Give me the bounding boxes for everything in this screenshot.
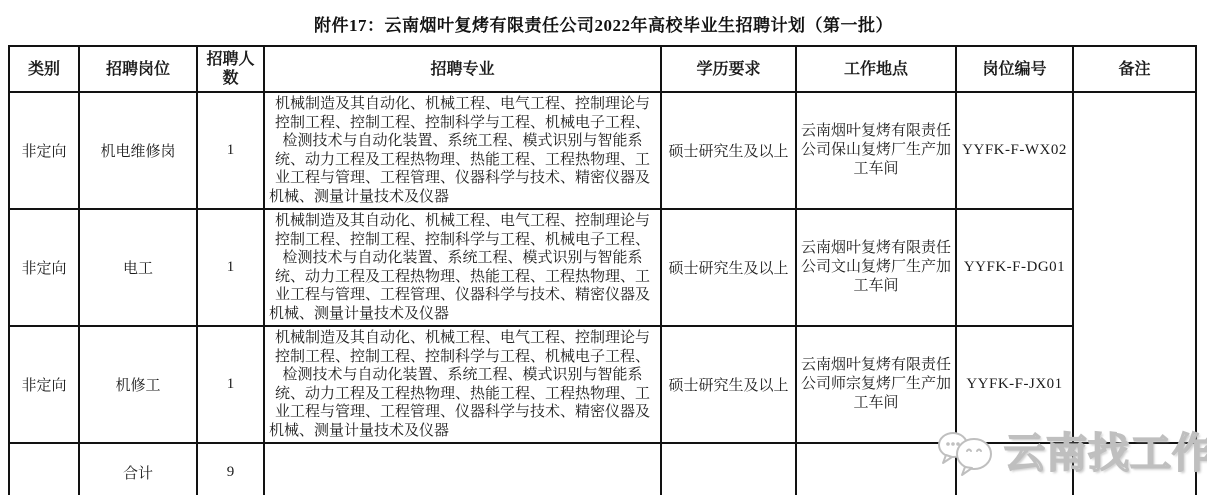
header-position: 招聘岗位	[79, 46, 197, 92]
cell-count: 1	[197, 326, 264, 443]
summary-row: 合计 9	[9, 443, 1196, 495]
empty-cell	[264, 443, 661, 495]
cell-category: 非定向	[9, 92, 79, 209]
header-count: 招聘人数	[197, 46, 264, 92]
cell-location: 云南烟叶复烤有限责任公司师宗复烤厂生产加工车间	[796, 326, 956, 443]
cell-location: 云南烟叶复烤有限责任公司文山复烤厂生产加工车间	[796, 209, 956, 326]
summary-total: 9	[197, 443, 264, 495]
summary-label: 合计	[79, 443, 197, 495]
cell-majors: 机械制造及其自动化、机械工程、电气工程、控制理论与控制工程、控制工程、控制科学与…	[264, 326, 661, 443]
recruitment-table: 类别 招聘岗位 招聘人数 招聘专业 学历要求 工作地点 岗位编号 备注 非定向 …	[8, 45, 1197, 495]
cell-position: 机电维修岗	[79, 92, 197, 209]
cell-position: 机修工	[79, 326, 197, 443]
cell-education: 硕士研究生及以上	[661, 326, 796, 443]
cell-category: 非定向	[9, 326, 79, 443]
header-category: 类别	[9, 46, 79, 92]
empty-cell	[956, 443, 1073, 495]
header-remarks: 备注	[1073, 46, 1196, 92]
cell-position: 电工	[79, 209, 197, 326]
table-header-row: 类别 招聘岗位 招聘人数 招聘专业 学历要求 工作地点 岗位编号 备注	[9, 46, 1196, 92]
table-row: 非定向 机电维修岗 1 机械制造及其自动化、机械工程、电气工程、控制理论与控制工…	[9, 92, 1196, 209]
cell-location: 云南烟叶复烤有限责任公司保山复烤厂生产加工车间	[796, 92, 956, 209]
page-title: 附件17：云南烟叶复烤有限责任公司2022年高校毕业生招聘计划（第一批）	[0, 11, 1207, 36]
header-code: 岗位编号	[956, 46, 1073, 92]
empty-cell	[661, 443, 796, 495]
cell-code: YYFK-F-DG01	[956, 209, 1073, 326]
cell-majors: 机械制造及其自动化、机械工程、电气工程、控制理论与控制工程、控制工程、控制科学与…	[264, 209, 661, 326]
cell-category: 非定向	[9, 209, 79, 326]
cell-count: 1	[197, 209, 264, 326]
cell-code: YYFK-F-WX02	[956, 92, 1073, 209]
cell-count: 1	[197, 92, 264, 209]
remarks-merged-cell	[1073, 92, 1196, 443]
header-location: 工作地点	[796, 46, 956, 92]
cell-education: 硕士研究生及以上	[661, 209, 796, 326]
empty-cell	[9, 443, 79, 495]
empty-cell	[1073, 443, 1196, 495]
cell-code: YYFK-F-JX01	[956, 326, 1073, 443]
header-majors: 招聘专业	[264, 46, 661, 92]
empty-cell	[796, 443, 956, 495]
table-row: 非定向 机修工 1 机械制造及其自动化、机械工程、电气工程、控制理论与控制工程、…	[9, 326, 1196, 443]
cell-majors: 机械制造及其自动化、机械工程、电气工程、控制理论与控制工程、控制工程、控制科学与…	[264, 92, 661, 209]
cell-education: 硕士研究生及以上	[661, 92, 796, 209]
table-row: 非定向 电工 1 机械制造及其自动化、机械工程、电气工程、控制理论与控制工程、控…	[9, 209, 1196, 326]
header-education: 学历要求	[661, 46, 796, 92]
